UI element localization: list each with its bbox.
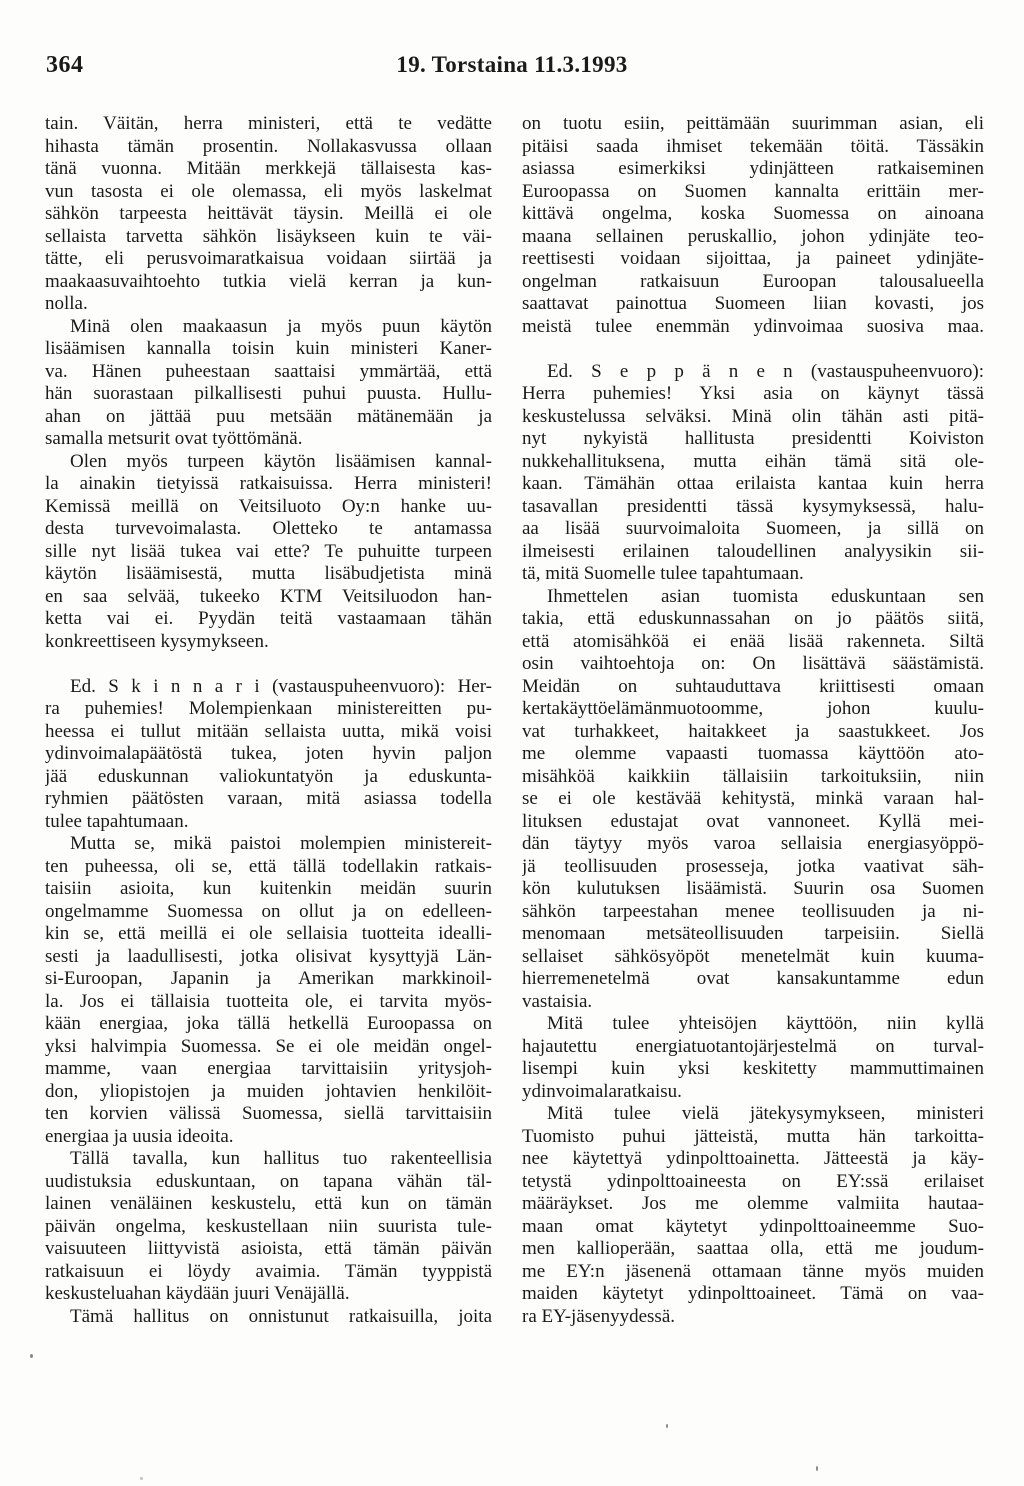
text-line: vaisuuteen liittyvistä asioista, että tä… [45,1238,492,1261]
text-line: ten puheessa, oli se, että tällä todella… [45,856,492,879]
right-column: on tuotu esiin, peittämään suurimman asi… [522,113,984,1328]
text-line: don, yliopistojen ja muiden johtavien he… [45,1081,492,1104]
text-line: kittävä ongelma, koska Suomessa on ainoa… [522,203,984,226]
text-line: vastaisia. [522,991,984,1014]
text-line: tätte, eli perusvoimaratkaisua voidaan s… [45,248,492,271]
text-line: Ihmettelen asian tuomista eduskuntaan se… [522,586,984,609]
left-column: tain. Väitän, herra ministeri, että te v… [45,113,492,1328]
text-line: vat turhakkeet, haitakkeet ja saastukkee… [522,721,984,744]
text-line: takia, että eduskunnassahan on jo päätös… [522,608,984,631]
paragraph: Mitä tulee yhteisöjen käyttöön, niin kyl… [522,1013,984,1103]
text-line: hierremenetelmä ovat kansakuntamme edun [522,968,984,991]
text-line: keskustelussa selväksi. Minä olin tähän … [522,406,984,429]
text-line: Olen myös turpeen käytön lisäämisen kann… [45,451,492,474]
text-line: taisiin asioita, kun kuitenkin meidän su… [45,878,492,901]
text-line: misähköä kaikkiin tällaisiin tarkoituksi… [522,766,984,789]
text-line: mamme, vaan energiaa tarvittaisiin yrity… [45,1058,492,1081]
text-line: että atomisähköä ei enää lisää rakenneta… [522,631,984,654]
text-line: osin vaihtoehtoja on: On lisättävä sääst… [522,653,984,676]
text-line: nolla. [45,293,492,316]
paragraph: Olen myös turpeen käytön lisäämisen kann… [45,451,492,654]
paragraph: on tuotu esiin, peittämään suurimman asi… [522,113,984,338]
text-line: Kemissä meillä on Veitsiluoto Oy:n hanke… [45,496,492,519]
scan-speck [140,1477,143,1480]
text-line: Tällä tavalla, kun hallitus tuo rakentee… [45,1148,492,1171]
text-line: nukkehallituksena, mutta eihän tämä sitä… [522,451,984,474]
text-line: dän täytyy myös varoa sellaisia energias… [522,833,984,856]
scan-speck [30,1354,33,1358]
paragraph: Ihmettelen asian tuomista eduskuntaan se… [522,586,984,1014]
text-line: me olemme vapaasti tuomassa käyttöön ato… [522,743,984,766]
text-line: maakaasuvaihtoehto tutkia vielä kerran j… [45,271,492,294]
text-line: Ed. S e p p ä n e n (vastauspuheenvuoro)… [522,361,984,384]
text-line: lisempi kuin yksi keskitetty mammuttimai… [522,1058,984,1081]
text-line: määräykset. Jos me olemme valmiita hauta… [522,1193,984,1216]
text-line: jä teollisuuden prosesseja, jotka vaativ… [522,856,984,879]
text-line: ilmeisesti erilainen taloudellinen analy… [522,541,984,564]
text-line: aa lisää suurvoimaloita Suomeen, ja sill… [522,518,984,541]
text-line: keskusteluahan käydään juuri Venäjällä. [45,1283,492,1306]
text-line: ten korvien välissä Suomessa, siellä tar… [45,1103,492,1126]
text-line: meistä tulee enemmän ydinvoimaa suosiva … [522,316,984,339]
text-line: ongelmamme Suomessa on ollut ja on edell… [45,901,492,924]
text-line: käytön lisäämisestä, mutta lisäbudjetist… [45,563,492,586]
text-line: sähkön tarpeestahan menee teollisuuden j… [522,901,984,924]
scan-speck [666,1424,668,1428]
text-line: uudistuksia eduskuntaan, on tapana vähän… [45,1171,492,1194]
text-line: men kallioperään, saattaa olla, että me … [522,1238,984,1261]
text-line: menomaan metsäteollisuuden tarpeisiin. S… [522,923,984,946]
text-line: si-Euroopan, Japanin ja Amerikan markkin… [45,968,492,991]
text-line: maan omat käytetyt ydinpolttoaineemme Su… [522,1216,984,1239]
text-line: jää eduskunnan valiokuntatyön ja eduskun… [45,766,492,789]
text-line: asiassa esimerkiksi ydinjätteen ratkaise… [522,158,984,181]
page-header-title: 19. Torstaina 11.3.1993 [0,52,1024,78]
text-line: sesti ja laadullisesti, jotka olisivat k… [45,946,492,969]
text-line: nyt nykyistä hallitusta presidentti Koiv… [522,428,984,451]
paragraph: tain. Väitän, herra ministeri, että te v… [45,113,492,316]
text-line: sellaista tarvetta sähkön lisäykseen kui… [45,226,492,249]
text-line: sille nyt lisää tukea vai ette? Te puhui… [45,541,492,564]
text-line: yksi halvimpia Suomessa. Se ei ole meidä… [45,1036,492,1059]
text-line: ongelman ratkaisuun Euroopan talousaluee… [522,271,984,294]
text-line: tä, mitä Suomelle tulee tapahtumaan. [522,563,984,586]
text-line: sellaiset sähkösyöpöt menetelmät kuin ku… [522,946,984,969]
text-line: Ed. S k i n n a r i (vastauspuheenvuoro)… [45,676,492,699]
text-line: ra EY-jäsenyydessä. [522,1306,984,1329]
paragraph: Mitä tulee vielä jätekysymykseen, minist… [522,1103,984,1328]
text-line: tänä vuonna. Mitään merkkejä tällaisesta… [45,158,492,181]
text-line: me EY:n jäsenenä ottamaan tänne myös mui… [522,1261,984,1284]
text-line: päivän ongelma, keskustellaan niin suuri… [45,1216,492,1239]
text-line: Herra puhemies! Yksi asia on käynyt täss… [522,383,984,406]
text-line: tetystä ydinpolttoaineesta on EY:ssä eri… [522,1171,984,1194]
paragraph: Ed. S k i n n a r i (vastauspuheenvuoro)… [45,676,492,834]
text-line: hän suorastaan pilkallisesti puhui puust… [45,383,492,406]
text-line: se ei ole kestävää kehitystä, minkä vara… [522,788,984,811]
text-line: reettisesti voidaan sijoittaa, ja painee… [522,248,984,271]
text-line: saattavat painottua Suomeen liian kovast… [522,293,984,316]
text-line: Mitä tulee yhteisöjen käyttöön, niin kyl… [522,1013,984,1036]
text-line: kään energiaa, joka tällä hetkellä Euroo… [45,1013,492,1036]
text-line: energiaa ja uusia ideoita. [45,1126,492,1149]
text-line: Minä olen maakaasun ja myös puun käytön [45,316,492,339]
text-line: vun tasosta ei ole olemassa, eli myös la… [45,181,492,204]
paragraph: Ed. S e p p ä n e n (vastauspuheenvuoro)… [522,361,984,586]
text-line: maana sellainen peruskallio, johon ydinj… [522,226,984,249]
text-line: maiden käytetyt ydinpolttoaineet. Tämä o… [522,1283,984,1306]
paragraph: Minä olen maakaasun ja myös puun käytönl… [45,316,492,451]
text-line: konkreettiseen kysymykseen. [45,631,492,654]
text-line: la. Jos ei tällaisia tuotteita ole, ei t… [45,991,492,1014]
text-line: on tuotu esiin, peittämään suurimman asi… [522,113,984,136]
text-line: kaan. Tämähän ottaa erilaista kantaa kui… [522,473,984,496]
text-line: hajautettu energiatuotantojärjestelmä on… [522,1036,984,1059]
text-line: Mutta se, mikä paistoi molempien ministe… [45,833,492,856]
text-line: nee käytettyä ydinpolttoainetta. Jättees… [522,1148,984,1171]
text-line: Mitä tulee vielä jätekysymykseen, minist… [522,1103,984,1126]
text-line: lisäämisen kannalla toisin kuin minister… [45,338,492,361]
text-line: ra puhemies! Molempienkaan ministereitte… [45,698,492,721]
text-line: pitäisi saada ihmiset tekemään töitä. Tä… [522,136,984,159]
text-line: heessa ei tullut mitään sellaista uutta,… [45,721,492,744]
text-line: ydinvoimalaratkaisu. [522,1081,984,1104]
text-line: lainen venäläinen keskustelu, että kun o… [45,1193,492,1216]
text-line: ahan on jättää puu metsään mätänemään ja [45,406,492,429]
text-line: tasavallan presidentti tässä kysymyksess… [522,496,984,519]
text-line: Meidän on suhtauduttava kriittisesti oma… [522,676,984,699]
text-line: sähkön tarpeesta heittävät täysin. Meill… [45,203,492,226]
paragraph: Tällä tavalla, kun hallitus tuo rakentee… [45,1148,492,1306]
text-line: va. Hänen puheestaan saattaisi ymmärtää,… [45,361,492,384]
scan-speck [816,1466,818,1471]
paragraph: Tämä hallitus on onnistunut ratkaisuilla… [45,1306,492,1329]
text-line: Tuomisto puhui jätteistä, mutta hän tark… [522,1126,984,1149]
text-line: ydinvoimalapäätöstä tukea, joten hyvin p… [45,743,492,766]
text-line: lituksen edustajat ovat vannoneet. Kyllä… [522,811,984,834]
text-line: tain. Väitän, herra ministeri, että te v… [45,113,492,136]
text-line: hihasta tämän prosentin. Nollakasvussa o… [45,136,492,159]
text-line: tulee tapahtumaan. [45,811,492,834]
paragraph: Mutta se, mikä paistoi molempien ministe… [45,833,492,1148]
text-columns: tain. Väitän, herra ministeri, että te v… [45,113,984,1328]
text-line: kin se, että meillä ei ole sellaisia tuo… [45,923,492,946]
text-line: en saa selvää, tukeeko KTM Veitsiluodon … [45,586,492,609]
text-line: Tämä hallitus on onnistunut ratkaisuilla… [45,1306,492,1329]
text-line: Euroopassa on Suomen kannalta erittäin m… [522,181,984,204]
text-line: kertakäyttöelämänmuotoomme, johon kuulu- [522,698,984,721]
text-line: ratkaisuun ei löydy avaimia. Tämän tyypp… [45,1261,492,1284]
text-line: kön kulutuksen lisäämistä. Suurin osa Su… [522,878,984,901]
text-line: la ainakin tietyissä ratkaisuissa. Herra… [45,473,492,496]
text-line: ketta vai ei. Pyydän teitä vastaamaan tä… [45,608,492,631]
text-line: ryhmien päätösten varaan, mitä asiassa t… [45,788,492,811]
text-line: samalla metsurit ovat työttömänä. [45,428,492,451]
text-line: desta turvevoimalasta. Oletteko te antam… [45,518,492,541]
